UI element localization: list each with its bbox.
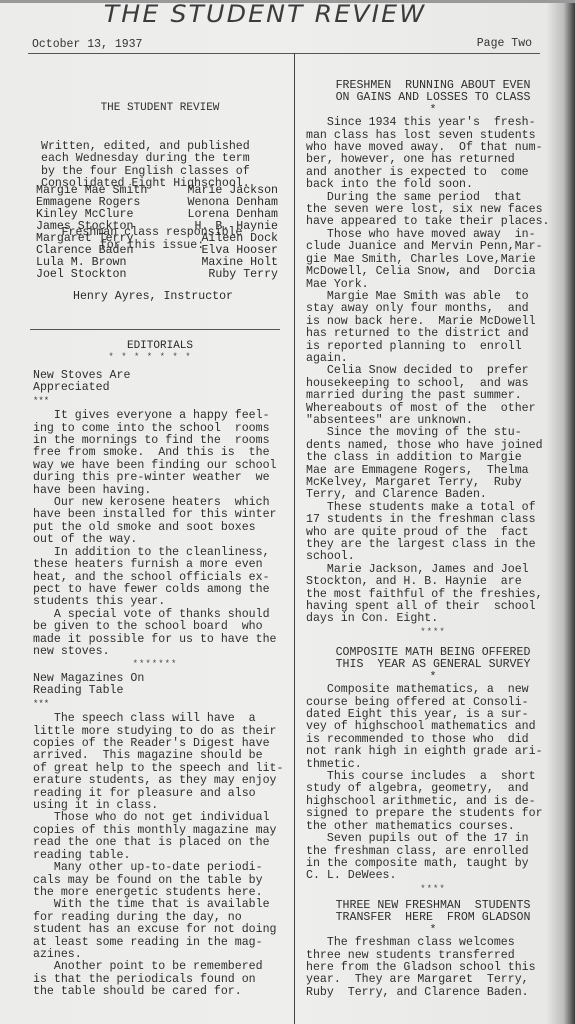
text-line: year. They are Margaret Terry,	[306, 974, 568, 986]
article-body: Since 1934 this year's fresh-man class h…	[306, 117, 568, 626]
text-line: Many other up-to-date periodi-	[33, 862, 295, 874]
text-line: Since 1934 this year's fresh-	[306, 117, 568, 129]
section-rule	[30, 329, 280, 330]
text-line: signed to prepare the students for	[306, 808, 568, 820]
text-line: school.	[306, 551, 568, 563]
text-line: out of the way.	[33, 534, 295, 546]
text-line: C. L. DeWees.	[306, 870, 568, 882]
text-line: erature students, as they may enjoy	[33, 775, 295, 787]
text-line: Stockton, and H. B. Haynie are	[306, 576, 568, 588]
text-line: have been installed for this winter	[33, 509, 295, 521]
article-title: Appreciated	[33, 382, 295, 394]
title-stars: ***	[33, 395, 295, 407]
article-body: The freshman class welcomesthree new stu…	[306, 937, 568, 999]
text-line: each Wednesday during the term	[41, 153, 295, 165]
text-line: Celia Snow decided to prefer	[306, 365, 568, 377]
staff-names-left: Margie Mae SmithEmmagene RogersKinley Mc…	[36, 185, 147, 281]
staff-name: Joel Stockton	[36, 269, 147, 281]
text-line: 17 students in the freshman class	[306, 514, 568, 526]
staff-names-right: Marie JacksonWenona DenhamLorena DenhamH…	[178, 185, 278, 281]
dateline: October 13, 1937 Page Two	[28, 37, 540, 54]
issue-date: October 13, 1937	[32, 38, 142, 51]
text-line: the class in addition to Margie	[306, 452, 568, 464]
text-line: The speech class will have a	[33, 713, 295, 725]
text-line: Since the moving of the stu-	[306, 427, 568, 439]
text-line: back into the fold soon.	[306, 179, 568, 191]
headline-line: TRANSFER HERE FROM GLADSON	[298, 912, 568, 924]
text-line: be given to the school board who	[33, 621, 295, 633]
text-line: It gives everyone a happy feel-	[33, 410, 295, 422]
editorial-end-stars: *******	[130, 659, 180, 669]
end-stars: ****	[298, 883, 568, 895]
text-line: days in Con. Eight.	[306, 613, 568, 625]
text-line: ber, however, one has returned	[306, 154, 568, 166]
article-title: Reading Table	[33, 685, 295, 697]
text-line: students this year.	[33, 596, 295, 608]
masthead-title: THE STUDENT REVIEW	[0, 0, 543, 28]
editorial-new-stoves: New Stoves AreAppreciated*** It gives ev…	[33, 370, 295, 658]
editorial-new-magazines: New Magazines OnReading Table*** The spe…	[33, 673, 295, 999]
newspaper-page: THE STUDENT REVIEW October 13, 1937 Page…	[0, 0, 575, 1024]
text-line: has returned to the district and	[306, 328, 568, 340]
text-line: arrived. This magazine should be	[33, 750, 295, 762]
text-line: read the one that is placed on the	[33, 837, 295, 849]
text-line: have appeared to take their places.	[306, 216, 568, 228]
headline: THREE NEW FRESHMAN STUDENTSTRANSFER HERE…	[298, 900, 568, 925]
text-line: vey of highschool mathematics and	[306, 721, 568, 733]
text-line: these heaters furnish a more even	[33, 559, 295, 571]
staff-box-title: THE STUDENT REVIEW	[25, 102, 295, 114]
text-line: McDowell, Celia Snow, and Dorcia	[306, 266, 568, 278]
staff-name: Ruby Terry	[178, 269, 278, 281]
text-line: student has an excuse for not doing	[33, 924, 295, 936]
headline-line: ON GAINS AND LOSSES TO CLASS	[298, 92, 568, 104]
article-body: It gives everyone a happy feel-ing to co…	[33, 410, 295, 658]
headline: COMPOSITE MATH BEING OFFEREDTHIS YEAR AS…	[298, 647, 568, 672]
text-line: Terry, and Clarence Baden.	[306, 489, 568, 501]
headline: FRESHMEN RUNNING ABOUT EVENON GAINS AND …	[298, 80, 568, 105]
text-line: study of algebra, geometry, and	[306, 783, 568, 795]
article-body: The speech class will have alittle more …	[33, 713, 295, 998]
text-line: married during the past summer.	[306, 390, 568, 402]
text-line: free from smoke. And this is the	[33, 447, 295, 459]
article-gladson-transfers: THREE NEW FRESHMAN STUDENTSTRANSFER HERE…	[306, 900, 568, 999]
text-line: Another point to be remembered	[33, 961, 295, 973]
text-line: Ruby Terry, and Clarence Baden.	[306, 987, 568, 999]
page-number: Page Two	[477, 37, 532, 50]
text-line: not rank high in eighth grade ari-	[306, 746, 568, 758]
text-line: With the time that is available	[33, 899, 295, 911]
text-line: Those who do not get individual	[33, 812, 295, 824]
text-line: the table should be cared for.	[33, 986, 295, 998]
article-freshmen-gains-losses: FRESHMEN RUNNING ABOUT EVENON GAINS AND …	[306, 80, 568, 638]
text-line: during this pre-winter weather we	[33, 472, 295, 484]
text-line: Seven pupils out of the 17 in	[306, 833, 568, 845]
text-line: The freshman class welcomes	[306, 937, 568, 949]
headline-line: THIS YEAR AS GENERAL SURVEY	[298, 659, 568, 671]
text-line: clude Juanice and Mervin Penn,Mar-	[306, 241, 568, 253]
editorials-heading: EDITORIALS	[110, 340, 210, 352]
text-line: stay away only four months, and	[306, 303, 568, 315]
instructor-credit: Henry Ayres, Instructor	[73, 290, 233, 303]
article-body: Composite mathematics, a newcourse being…	[306, 684, 568, 883]
article-composite-math: COMPOSITE MATH BEING OFFEREDTHIS YEAR AS…	[306, 647, 568, 895]
editorials-stars: * * * * * * *	[95, 352, 205, 362]
end-stars: ****	[298, 626, 568, 638]
text-line: new stoves.	[33, 646, 295, 658]
text-line: Composite mathematics, a new	[306, 684, 568, 696]
title-stars: ***	[33, 698, 295, 710]
